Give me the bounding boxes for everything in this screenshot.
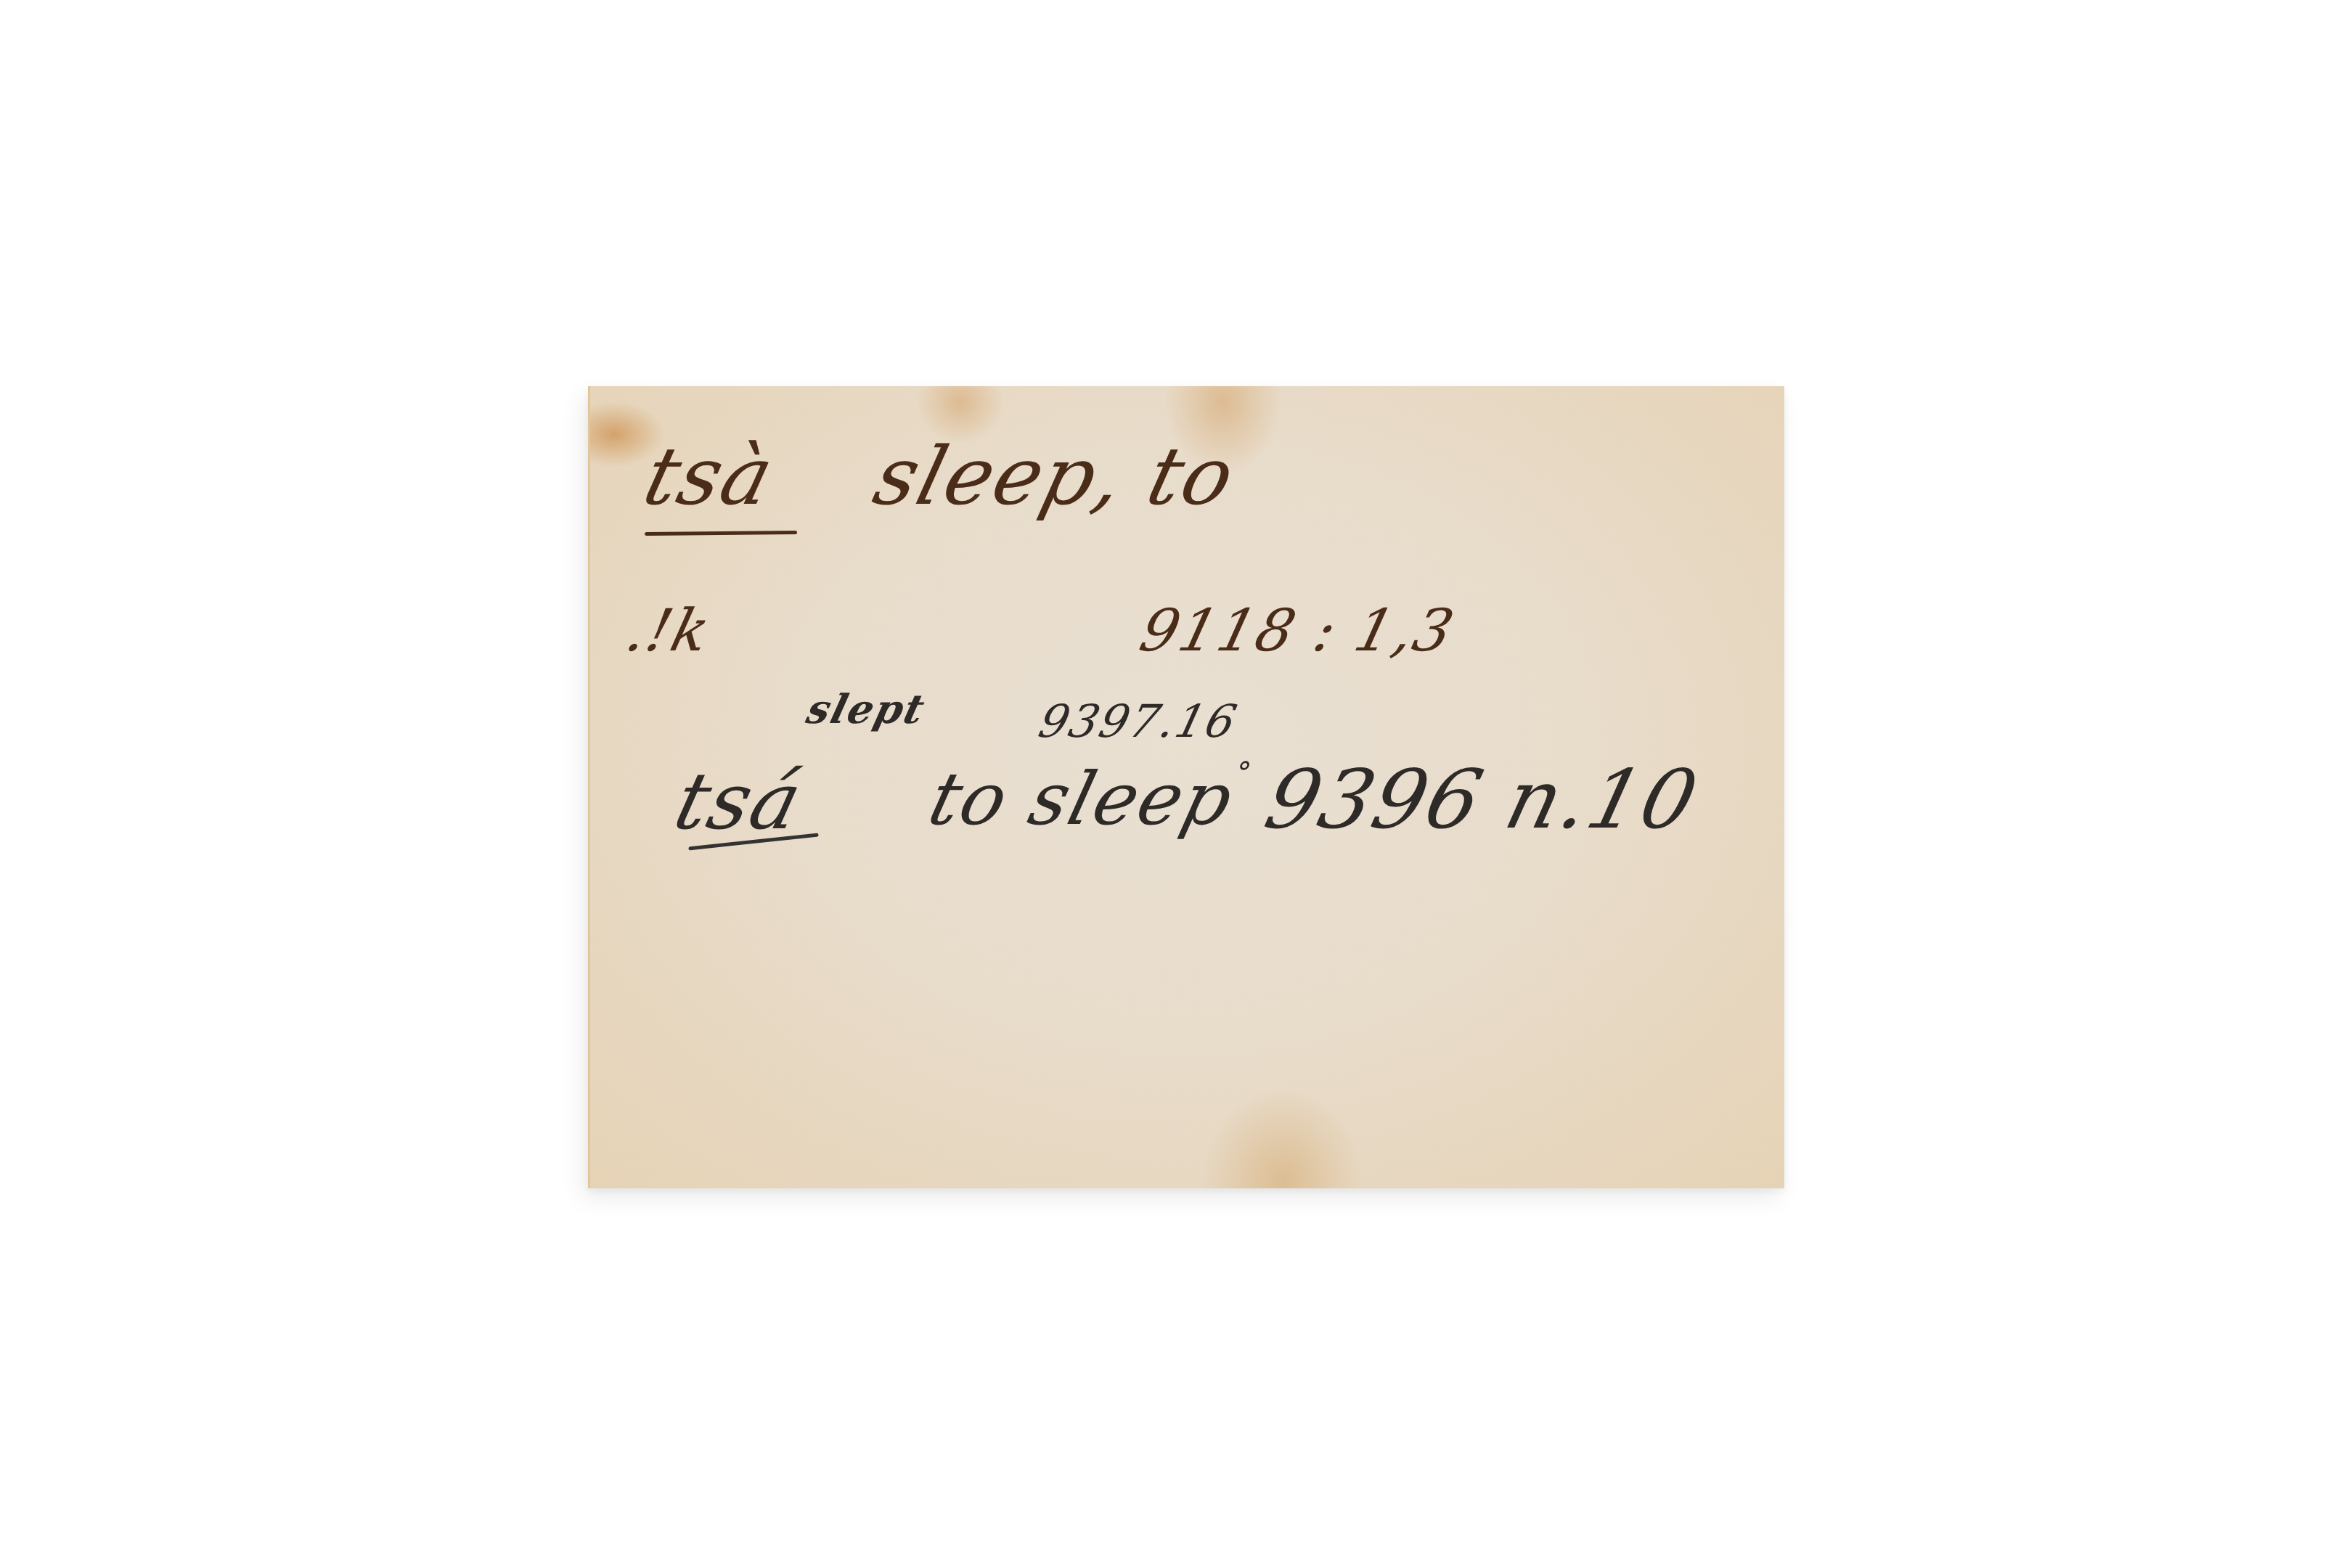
gloss-2-text: to sleep <box>920 756 1242 841</box>
headword-underline <box>645 531 797 536</box>
reference-3: 9396 n.10 <box>1257 753 1707 847</box>
index-card: tsà sleep, to .!k 9118 : 1,3 slept 9397.… <box>588 386 1784 1188</box>
reference-2: 9397.16 <box>1034 695 1244 748</box>
marker-text: .!k <box>619 597 717 664</box>
headword-text: tsà <box>635 430 783 523</box>
entry-2-text: tsá <box>666 756 811 847</box>
annotation-text: slept <box>802 685 931 732</box>
gloss-text: sleep, to <box>865 430 1245 523</box>
reference-1: 9118 : 1,3 <box>1133 597 1461 664</box>
